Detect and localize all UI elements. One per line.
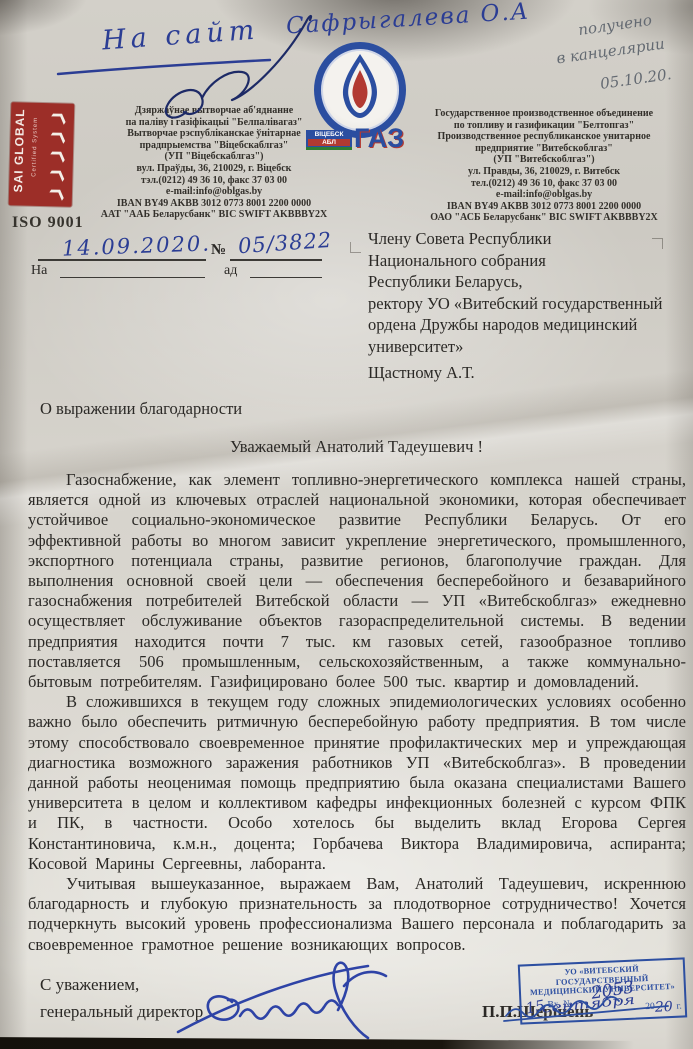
scan-edge-shadow <box>0 1037 634 1049</box>
handwritten-site-note: На сайт <box>101 15 260 57</box>
lh-left-line: Вытворчае рэспубліканскае ўнітарнае <box>80 128 348 140</box>
lh-left-line: e-mail:info@oblgas.by <box>80 186 348 198</box>
number-underline <box>230 259 322 261</box>
stamp-year-printed: 20 <box>645 1002 655 1012</box>
number-sign: № <box>211 242 226 259</box>
corner-mark-left <box>350 242 361 253</box>
subject-line: О выражении благодарности <box>40 399 242 419</box>
lh-right-line: по топливу и газификации "Белтопгаз" <box>398 120 690 132</box>
university-incoming-stamp: УО «ВИТЕБСКИЙ ГОСУДАРСТВЕННЫЙ МЕДИЦИНСКИ… <box>518 957 687 1024</box>
ad-label: ад <box>224 263 237 279</box>
handwritten-received-word: получено <box>577 11 653 39</box>
addressee-line: Республики Беларусь, <box>368 271 663 293</box>
handwritten-assignee-note: Сафрыгалева О.А <box>285 0 530 39</box>
body-paragraph-2: В сложившихся в текущем году сложных эпи… <box>28 692 686 874</box>
ad-underline <box>250 277 322 278</box>
date-underline <box>38 259 206 261</box>
lh-left-line: IBAN BY49 AKBB 3012 0773 8001 2200 0000 <box>80 198 348 210</box>
signoff-regards: С уважением, <box>40 975 139 995</box>
addressee-line: университет» <box>368 336 663 358</box>
lh-right-line: тел.(0212) 49 36 10, факс 37 03 00 <box>398 178 690 190</box>
salutation: Уважаемый Анатолий Тадеушевич ! <box>28 437 685 457</box>
na-label: На <box>31 263 47 279</box>
handwritten-letter-date: 14.09.2020. <box>62 231 212 260</box>
logo-gas-text: ГАЗ <box>354 126 404 150</box>
lh-right-line: (УП "Витебскоблгаз") <box>398 154 690 166</box>
lh-left-line: (УП "Віцебскаблгаз") <box>80 151 348 163</box>
addressee-line: ректору УО «Витебский государственный <box>368 293 663 315</box>
letter-body: Газоснабжение, как элемент топливно-энер… <box>28 470 686 955</box>
lh-left-line: вул. Праўды, 36, 210029, г. Віцебск <box>80 163 348 175</box>
site-note-underline <box>58 60 270 74</box>
addressee-block: Члену Совета Республики Национального со… <box>368 228 663 357</box>
handwritten-received-date: 05.10.20. <box>599 65 672 93</box>
lh-left-line: прадпрыемства "Віцебскаблгаз" <box>80 140 348 152</box>
addressee-name: Щастному А.Т. <box>368 362 475 384</box>
body-paragraph-3: Учитывая вышеуказанное, выражаем Вам, Ан… <box>28 874 686 955</box>
body-paragraph-1: Газоснабжение, как элемент топливно-энер… <box>28 470 686 692</box>
lh-right-line: ул. Правды, 36, 210029, г. Витебск <box>398 166 690 178</box>
addressee-line: Члену Совета Республики <box>368 228 663 250</box>
iso-9001-label: ISO 9001 <box>12 214 84 232</box>
na-underline <box>60 277 205 278</box>
scanned-letter: Сафрыгалева О.А На сайт получено в канце… <box>0 0 693 1049</box>
lh-right-line: IBAN BY49 AKBB 3012 0773 8001 2200 0000 <box>398 201 690 213</box>
lh-left-line: ААТ "ААБ Беларусбанк" BIC SWIFT AKBBBY2X <box>80 209 348 221</box>
lh-left-line: па паліву і газіфікацыі "Белпалівагаз" <box>80 117 348 129</box>
addressee-line: Национального собрания <box>368 250 663 272</box>
lh-right-line: Производственное республиканское унитарн… <box>398 131 690 143</box>
lh-right-line: e-mail:info@oblgas.by <box>398 189 690 201</box>
director-signature <box>178 963 386 1038</box>
iso-badge-certified-text: Certified System <box>31 117 39 177</box>
signoff-position: генеральный директор <box>40 1002 203 1022</box>
handwritten-received-office: в канцелярии <box>555 35 665 68</box>
iso-badge-brand: SAI GLOBAL <box>11 108 27 192</box>
lh-right-line: предприятие "Витебскоблгаз" <box>398 143 690 155</box>
stamp-handwritten-year: 20 <box>655 999 674 1016</box>
lh-right-line: Государственное производственное объедин… <box>398 108 690 120</box>
lh-right-line: ОАО "АСБ Беларусбанк" BIC SWIFT AKBBBY2X <box>398 212 690 224</box>
lh-left-line: Дзяржаўнае вытворчае аб'яднанне <box>80 105 348 117</box>
letterhead-belarusian: Дзяржаўнае вытворчае аб'яднанне па палів… <box>80 105 348 221</box>
handwritten-letter-number: 05/3822 <box>237 228 333 259</box>
iso-chevrons-icon: ❯ ❯ ❯ ❯ ❯ <box>51 107 66 202</box>
iso-certification-badge: SAI GLOBAL Certified System ❯ ❯ ❯ ❯ ❯ <box>9 102 75 207</box>
stamp-year-suffix: г. <box>676 1002 682 1012</box>
addressee-line: ордена Дружбы народов медицинский <box>368 314 663 336</box>
letterhead-russian: Государственное производственное объедин… <box>398 108 690 224</box>
lh-left-line: тэл.(0212) 49 36 10, факс 37 03 00 <box>80 175 348 187</box>
